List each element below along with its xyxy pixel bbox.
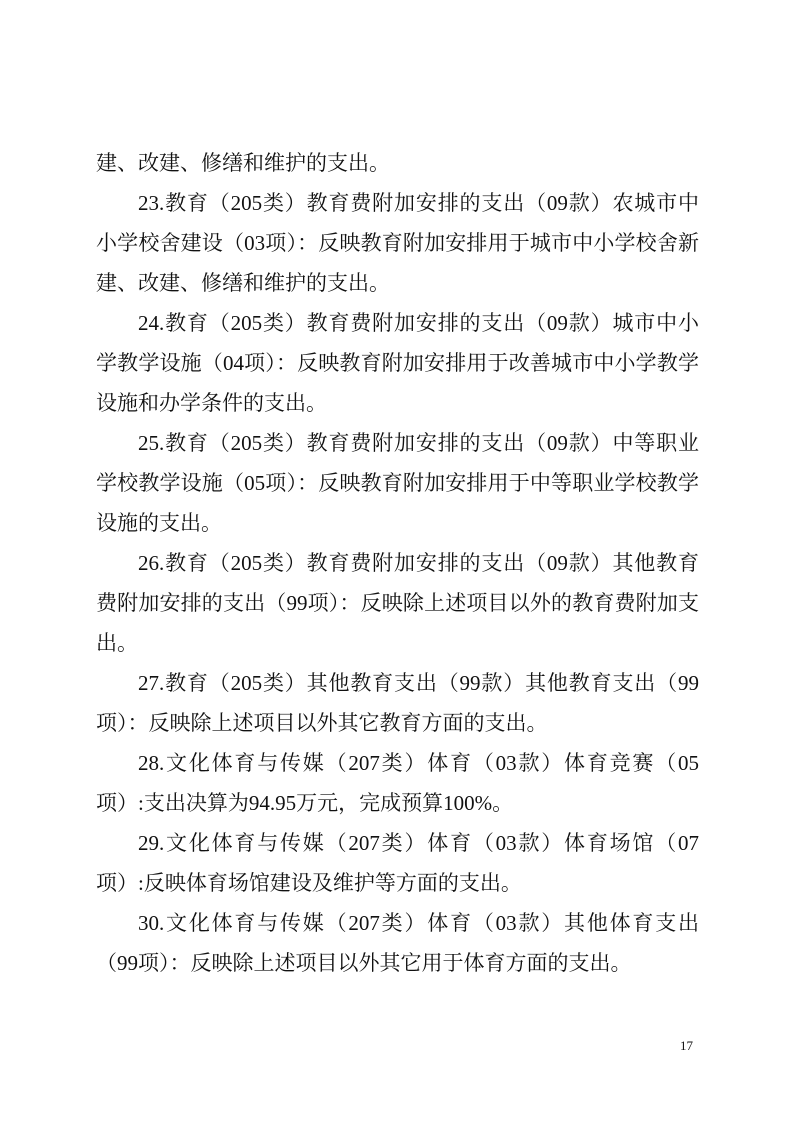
document-page: 建、改建、修缮和维护的支出。 23.教育（205类）教育费附加安排的支出（09款… — [0, 0, 793, 1122]
document-body: 建、改建、修缮和维护的支出。 23.教育（205类）教育费附加安排的支出（09款… — [96, 143, 699, 983]
paragraph-28: 28.文化体育与传媒（207类）体育（03款）体育竞赛（05项）:支出决算为94… — [96, 743, 699, 823]
paragraph-27: 27.教育（205类）其他教育支出（99款）其他教育支出（99项）：反映除上述项… — [96, 663, 699, 743]
paragraph-30: 30.文化体育与传媒（207类）体育（03款）其他体育支出（99项）：反映除上述… — [96, 903, 699, 983]
paragraph-29: 29.文化体育与传媒（207类）体育（03款）体育场馆（07项）:反映体育场馆建… — [96, 823, 699, 903]
paragraph-23: 23.教育（205类）教育费附加安排的支出（09款）农城市中小学校舍建设（03项… — [96, 183, 699, 303]
paragraph-continuation: 建、改建、修缮和维护的支出。 — [96, 143, 699, 183]
paragraph-25: 25.教育（205类）教育费附加安排的支出（09款）中等职业学校教学设施（05项… — [96, 423, 699, 543]
paragraph-24: 24.教育（205类）教育费附加安排的支出（09款）城市中小学教学设施（04项）… — [96, 303, 699, 423]
paragraph-26: 26.教育（205类）教育费附加安排的支出（09款）其他教育费附加安排的支出（9… — [96, 543, 699, 663]
page-number: 17 — [680, 1038, 693, 1054]
